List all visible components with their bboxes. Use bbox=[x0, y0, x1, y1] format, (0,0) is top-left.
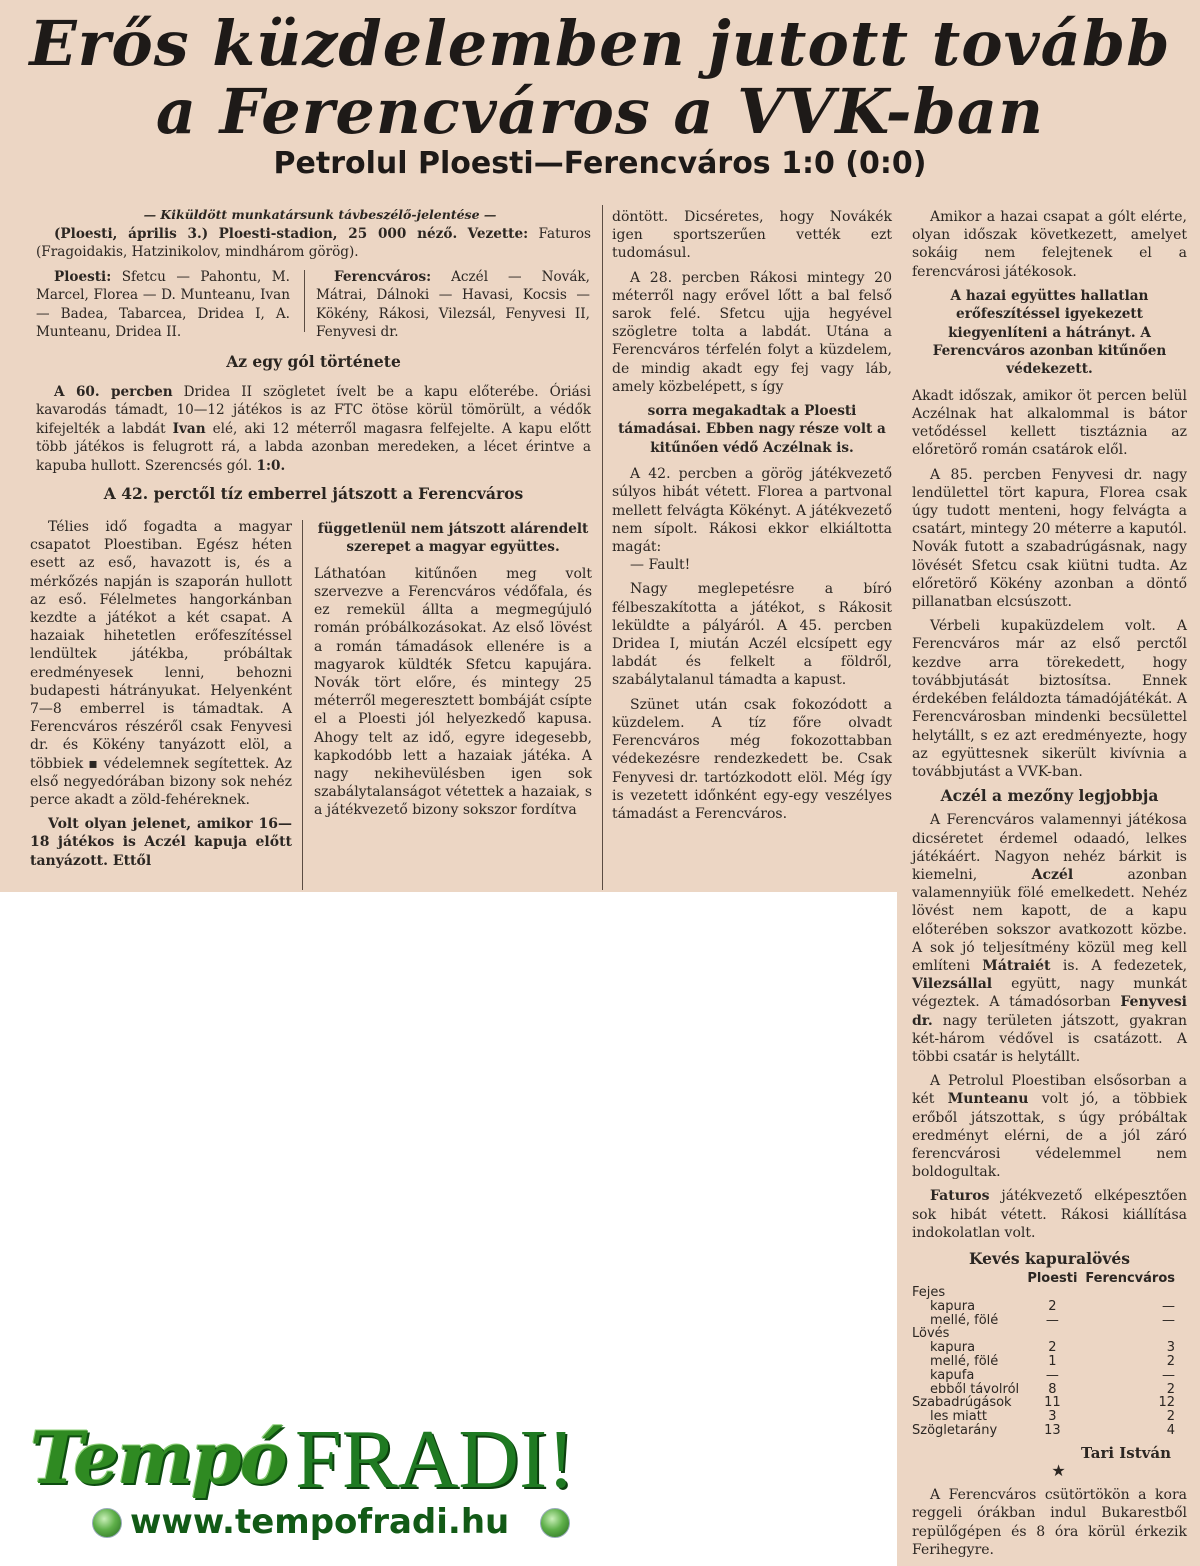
table-cell: 11 bbox=[1026, 1396, 1079, 1410]
table-row: ebből távolról82 bbox=[912, 1383, 1187, 1397]
logo-tempo-text: Tempó bbox=[30, 1418, 286, 1498]
paragraph: Szünet után csak fokozódott a küzdelem. … bbox=[612, 696, 892, 823]
table-cell: mellé, fölé bbox=[912, 1355, 1026, 1369]
table-row: kapura23 bbox=[912, 1341, 1187, 1355]
table-cell: 4 bbox=[1079, 1424, 1187, 1438]
table-cell: — bbox=[1026, 1314, 1079, 1328]
table-cell: — bbox=[1079, 1314, 1187, 1328]
article-column-2: függetlenül nem játszott alárendelt szer… bbox=[314, 518, 592, 826]
table-row: Szögletarány134 bbox=[912, 1424, 1187, 1438]
closing-note: A Ferencváros csütörtökön a kora reggeli… bbox=[912, 1486, 1187, 1559]
table-header-row: Ploesti Ferencváros bbox=[912, 1272, 1187, 1286]
table-cell bbox=[1026, 1286, 1079, 1300]
paragraph: A 85. percben Fenyvesi dr. nagy lendület… bbox=[912, 466, 1187, 612]
headline-line-2: a Ferencváros a VVK-ban bbox=[0, 76, 1200, 148]
table-cell: 3 bbox=[1079, 1341, 1187, 1355]
table-row: kapufa—— bbox=[912, 1369, 1187, 1383]
table-cell: Szabadrúgások bbox=[912, 1396, 1026, 1410]
table-cell: 2 bbox=[1079, 1355, 1187, 1369]
paragraph: A 28. percben Rákosi mintegy 20 méterről… bbox=[612, 269, 892, 396]
section-title-ten-men: A 42. perctől tíz emberrel játszott a Fe… bbox=[36, 484, 591, 503]
byline: — Kiküldött munkatársunk távbeszélő-jele… bbox=[40, 207, 600, 222]
table-cell: Lövés bbox=[912, 1327, 1026, 1341]
table-cell: kapura bbox=[912, 1341, 1026, 1355]
text: is. A fedezetek, bbox=[1063, 958, 1187, 974]
table-cell: — bbox=[1079, 1369, 1187, 1383]
header-cell bbox=[912, 1272, 1026, 1286]
referee-label: Vezette: bbox=[468, 226, 529, 242]
place-date: (Ploesti, április 3.) bbox=[54, 226, 208, 242]
table-cell: kapura bbox=[912, 1300, 1026, 1314]
table-cell: 1 bbox=[1026, 1355, 1079, 1369]
article-column-1: Télies idő fogadta a magyar csapatot Plo… bbox=[30, 518, 292, 876]
author-signature: Tari István bbox=[912, 1444, 1187, 1462]
section-title-best-player: Aczél a mezőny legjobbja bbox=[912, 787, 1187, 805]
table-cell: 2 bbox=[1079, 1383, 1187, 1397]
tempofradi-logo: Tempó FRADI! www.tempofradi.hu bbox=[30, 1418, 630, 1548]
paragraph: A Ferencváros valamennyi játékosa dicsér… bbox=[912, 811, 1187, 1066]
paragraph: Vérbeli kupaküzdelem volt. A Ferencváros… bbox=[912, 617, 1187, 781]
table-row: mellé, fölé12 bbox=[912, 1355, 1187, 1369]
scorer-name: Ivan bbox=[173, 421, 206, 437]
goal-minute: A 60. percben bbox=[54, 384, 173, 400]
lead-paragraph: sorra megakadtak a Ploesti támadásai. Eb… bbox=[612, 402, 892, 457]
table-cell: ebből távolról bbox=[912, 1383, 1026, 1397]
football-icon bbox=[540, 1508, 570, 1538]
player-name: Vilezsállal bbox=[912, 976, 992, 992]
table-cell: les miatt bbox=[912, 1410, 1026, 1424]
venue: Ploesti-stadion, 25 000 néző. bbox=[219, 226, 458, 242]
lineup-label: Ploesti: bbox=[54, 269, 111, 285]
table-cell: Fejes bbox=[912, 1286, 1026, 1300]
article-column-4: Amikor a hazai csapat a gólt elérte, oly… bbox=[912, 208, 1187, 1565]
section-title-shots: Kevés kapuralövés bbox=[912, 1250, 1187, 1268]
text: nagy területen játszott, gyakran két-hár… bbox=[912, 1013, 1187, 1065]
quote: — Fault! bbox=[612, 556, 892, 574]
logo-fradi-text: FRADI! bbox=[295, 1418, 575, 1502]
paragraph: A 42. percben a görög játékvezető súlyos… bbox=[612, 465, 892, 556]
table-cell: 3 bbox=[1026, 1410, 1079, 1424]
article-column-3: döntött. Dicséretes, hogy Novákék igen s… bbox=[612, 208, 892, 829]
paragraph: döntött. Dicséretes, hogy Novákék igen s… bbox=[612, 208, 892, 263]
lead-paragraph: A hazai együttes hallatlan erőfeszítésse… bbox=[912, 287, 1187, 379]
section-title-goal: Az egy gól története bbox=[36, 352, 591, 371]
column-divider bbox=[602, 205, 603, 890]
table-row: Szabadrúgások1112 bbox=[912, 1396, 1187, 1410]
table-row: kapura2— bbox=[912, 1300, 1187, 1314]
goal-story: A 60. percben Dridea II szögletet ívelt … bbox=[36, 383, 591, 481]
lineup-ploesti: Ploesti: Sfetcu — Pahontu, M. Marcel, Fl… bbox=[36, 268, 290, 348]
table-row: Fejes bbox=[912, 1286, 1187, 1300]
table-cell bbox=[1026, 1327, 1079, 1341]
column-divider bbox=[302, 520, 303, 890]
table-cell: 13 bbox=[1026, 1424, 1079, 1438]
table-cell: 2 bbox=[1026, 1341, 1079, 1355]
lineup-ferencvaros: Ferencváros: Aczél — Novák, Mátrai, Dáln… bbox=[316, 268, 590, 348]
table-cell: Szögletarány bbox=[912, 1424, 1026, 1438]
table-cell: 2 bbox=[1079, 1410, 1187, 1424]
paragraph: Amikor a hazai csapat a gólt elérte, oly… bbox=[912, 208, 1187, 281]
table-cell: — bbox=[1079, 1300, 1187, 1314]
table-cell: 12 bbox=[1079, 1396, 1187, 1410]
table-row: mellé, fölé—— bbox=[912, 1314, 1187, 1328]
paragraph: Télies idő fogadta a magyar csapatot Plo… bbox=[30, 518, 292, 809]
header-cell: Ploesti bbox=[1026, 1272, 1079, 1286]
table-cell: — bbox=[1026, 1369, 1079, 1383]
paragraph: Faturos játékvezető elképesztően sok hib… bbox=[912, 1187, 1187, 1242]
referee-name: Faturos bbox=[930, 1188, 990, 1204]
match-result-subhead: Petrolul Ploesti—Ferencváros 1:0 (0:0) bbox=[0, 144, 1200, 184]
table-row: Lövés bbox=[912, 1327, 1187, 1341]
bold-paragraph: Volt olyan jelenet, amikor 16—18 játékos… bbox=[30, 815, 292, 870]
lineup-label: Ferencváros: bbox=[334, 269, 431, 285]
table-cell bbox=[1079, 1327, 1187, 1341]
lead-paragraph: függetlenül nem játszott alárendelt szer… bbox=[314, 520, 592, 557]
table-cell: 8 bbox=[1026, 1383, 1079, 1397]
table-cell: mellé, fölé bbox=[912, 1314, 1026, 1328]
match-intro: (Ploesti, április 3.) Ploesti-stadion, 2… bbox=[36, 225, 591, 268]
column-divider bbox=[304, 270, 305, 332]
shots-stats-table: Ploesti Ferencváros Fejeskapura2—mellé, … bbox=[912, 1272, 1187, 1438]
player-name: Munteanu bbox=[948, 1091, 1029, 1107]
headline-line-1: Erős küzdelemben jutott tovább bbox=[0, 8, 1200, 80]
player-name: Aczél bbox=[1032, 867, 1074, 883]
goal-score: 1:0. bbox=[257, 458, 286, 474]
table-cell: 2 bbox=[1026, 1300, 1079, 1314]
table-cell: kapufa bbox=[912, 1369, 1026, 1383]
paragraph: Nagy meglepetésre a bíró félbeszakította… bbox=[612, 580, 892, 689]
paragraph: Akadt időszak, amikor öt percen belül Ac… bbox=[912, 387, 1187, 460]
header-cell: Ferencváros bbox=[1079, 1272, 1187, 1286]
table-row: les miatt32 bbox=[912, 1410, 1187, 1424]
paragraph: Láthatóan kitűnően meg volt szervezve a … bbox=[314, 565, 592, 820]
football-icon bbox=[92, 1508, 122, 1538]
player-name: Mátraiét bbox=[982, 958, 1050, 974]
website-url[interactable]: www.tempofradi.hu bbox=[130, 1500, 509, 1544]
star-separator-icon: ★ bbox=[912, 1462, 1187, 1480]
paragraph: A Petrolul Ploestiban elsősorban a két M… bbox=[912, 1072, 1187, 1181]
table-cell bbox=[1079, 1286, 1187, 1300]
